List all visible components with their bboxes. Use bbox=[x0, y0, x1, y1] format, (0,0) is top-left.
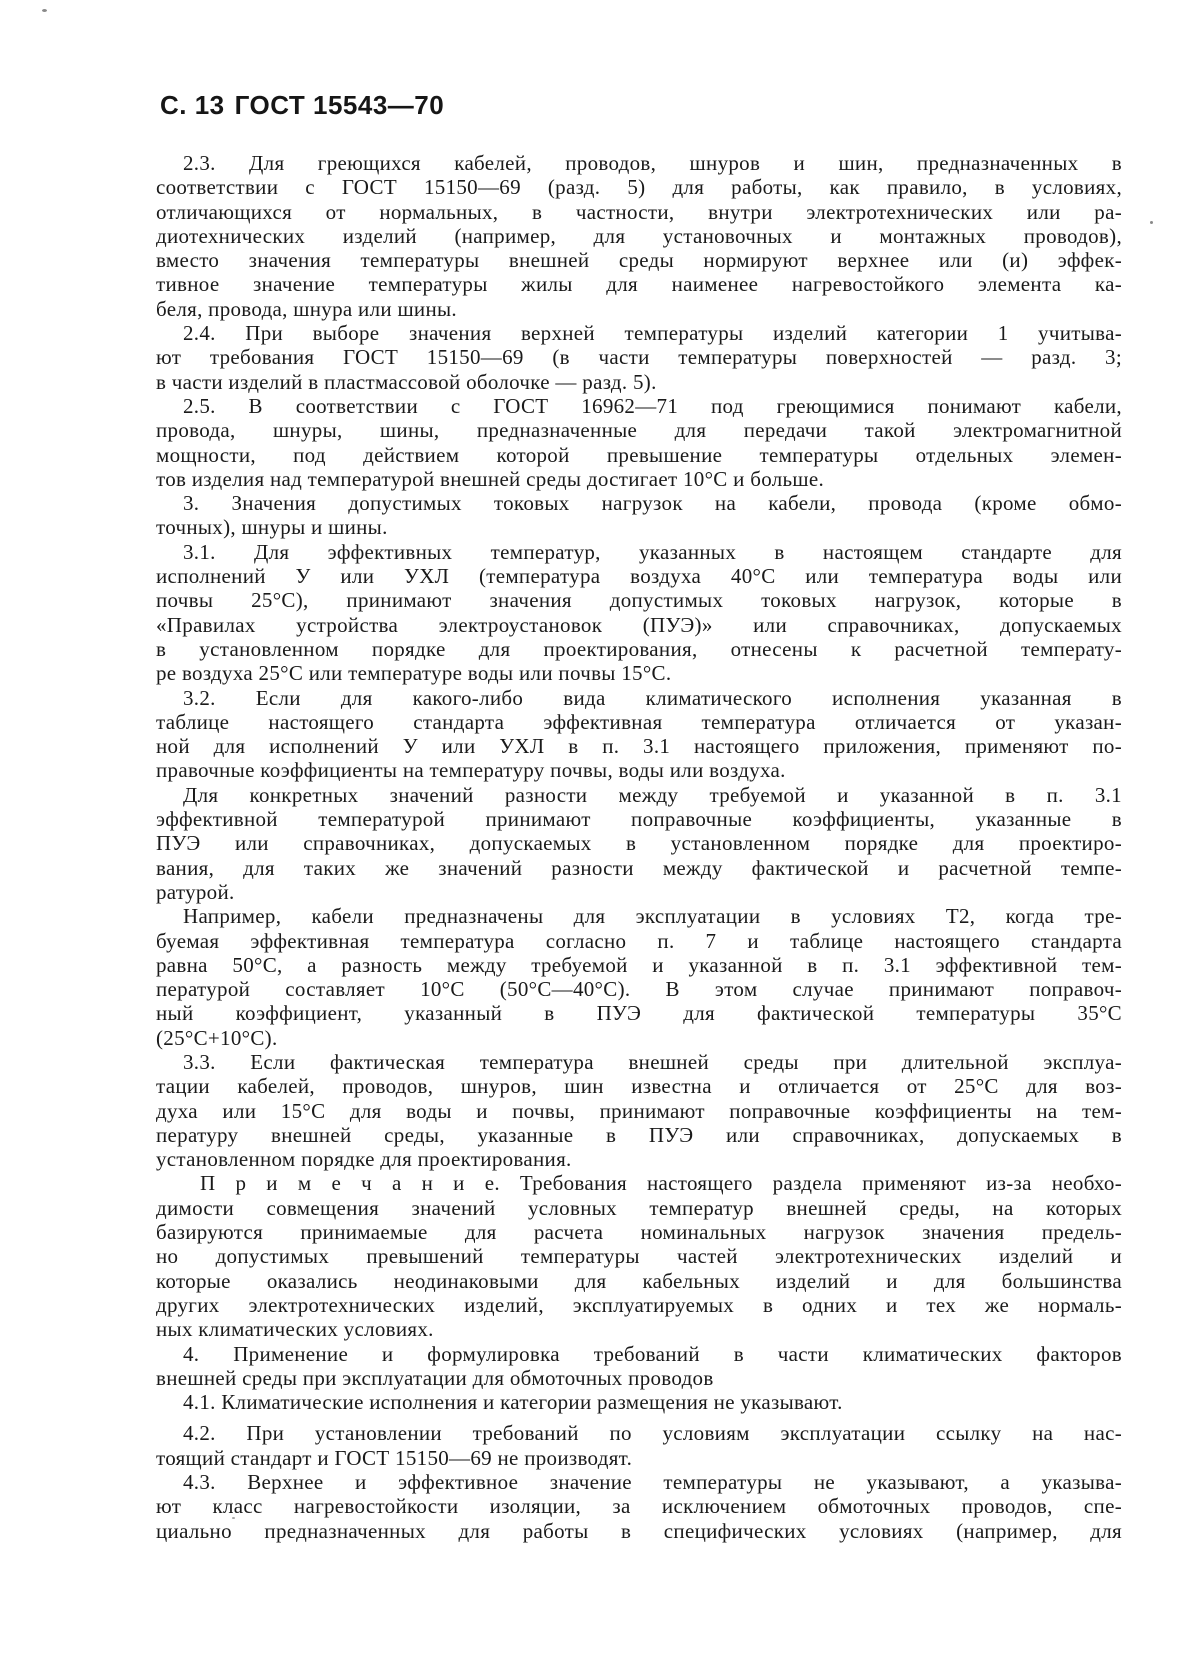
text-line: тоящий стандарт и ГОСТ 15150—69 не произ… bbox=[156, 1446, 1122, 1470]
text-line: других электротехнических изделий, экспл… bbox=[156, 1293, 1122, 1317]
text-line: ют класс нагревостойкости изоляции, за и… bbox=[156, 1494, 1122, 1518]
text-line: (25°С+10°С). bbox=[156, 1026, 1122, 1050]
text-line: 3.1. Для эффективных температур, указанн… bbox=[156, 540, 1122, 564]
scan-speck bbox=[42, 9, 47, 12]
paragraph-3-3: 3.3. Если фактическая температура внешне… bbox=[156, 1050, 1122, 1171]
text-line: духа или 15°С для воды и почвы, принимаю… bbox=[156, 1099, 1122, 1123]
text-line: Например, кабели предназначены для экспл… bbox=[156, 904, 1122, 928]
text-line: Для конкретных значений разности между т… bbox=[156, 783, 1122, 807]
text-line: 2.5. В соответствии с ГОСТ 16962—71 под … bbox=[156, 394, 1122, 418]
text-line: ре воздуха 25°С или температуре воды или… bbox=[156, 661, 1122, 685]
text-line: 4.1. Климатические исполнения и категори… bbox=[156, 1390, 1122, 1414]
text-line: эффективной температурой принимают попра… bbox=[156, 807, 1122, 831]
paragraph-4: 4. Применение и формулировка требований … bbox=[156, 1342, 1122, 1391]
paragraph-2-5: 2.5. В соответствии с ГОСТ 16962—71 под … bbox=[156, 394, 1122, 491]
text-line: 3.2. Если для какого-либо вида климатиче… bbox=[156, 686, 1122, 710]
text-line: пературой составляет 10°С (50°С—40°С). В… bbox=[156, 977, 1122, 1001]
text-line: соответствии с ГОСТ 15150—69 (разд. 5) д… bbox=[156, 175, 1122, 199]
text-line: тивное значение температуры жилы для наи… bbox=[156, 272, 1122, 296]
page-header: С. 13ГОСТ 15543—70 bbox=[160, 90, 444, 121]
text-line: ных климатических условиях. bbox=[156, 1317, 1122, 1341]
text-line: диотехнических изделий (например, для ус… bbox=[156, 224, 1122, 248]
text-line: базируются принимаемые для расчета номин… bbox=[156, 1220, 1122, 1244]
text-line: в установленном порядке для проектирован… bbox=[156, 637, 1122, 661]
text-line: «Правилах устройства электроустановок (П… bbox=[156, 613, 1122, 637]
text-line: ют требования ГОСТ 15150—69 (в части тем… bbox=[156, 345, 1122, 369]
text-line: 3. Значения допустимых токовых нагрузок … bbox=[156, 491, 1122, 515]
paragraph-2-4: 2.4. При выборе значения верхней темпера… bbox=[156, 321, 1122, 394]
text-line: в части изделий в пластмассовой оболочке… bbox=[156, 370, 1122, 394]
text-line: равна 50°С, а разность между требуемой и… bbox=[156, 953, 1122, 977]
text-line: 4.3. Верхнее и эффективное значение темп… bbox=[156, 1470, 1122, 1494]
paragraph-4-1: 4.1. Климатические исполнения и категори… bbox=[156, 1390, 1122, 1414]
text-line: 4.2. При установлении требований по усло… bbox=[156, 1421, 1122, 1445]
text-line: исполнений У или УХЛ (температура воздух… bbox=[156, 564, 1122, 588]
paragraph-note: П р и м е ч а н и е. Требования настояще… bbox=[156, 1171, 1122, 1341]
text-line: ратурой. bbox=[156, 880, 1122, 904]
paragraph-2-3: 2.3. Для греющихся кабелей, проводов, шн… bbox=[156, 151, 1122, 321]
text-line: внешней среды при эксплуатации для обмот… bbox=[156, 1366, 1122, 1390]
text-line: циально предназначенных для работы в спе… bbox=[156, 1519, 1122, 1543]
text-line: беля, провода, шнура или шины. bbox=[156, 297, 1122, 321]
text-line: установленном порядке для проектирования… bbox=[156, 1147, 1122, 1171]
text-line: почвы 25°С), принимают значения допустим… bbox=[156, 588, 1122, 612]
text-line: вместо значения температуры внешней сред… bbox=[156, 248, 1122, 272]
text-block: 2.3. Для греющихся кабелей, проводов, шн… bbox=[156, 151, 1122, 1543]
text-line: ный коэффициент, указанный в ПУЭ для фак… bbox=[156, 1001, 1122, 1025]
text-line: пературу внешней среды, указанные в ПУЭ … bbox=[156, 1123, 1122, 1147]
text-line: мощности, под действием которой превышен… bbox=[156, 443, 1122, 467]
text-line: 3.3. Если фактическая температура внешне… bbox=[156, 1050, 1122, 1074]
document-page: С. 13ГОСТ 15543—70 2.3. Для греющихся ка… bbox=[0, 0, 1187, 1679]
text-line: 2.4. При выборе значения верхней темпера… bbox=[156, 321, 1122, 345]
text-line: димости совмещения значений условных тем… bbox=[156, 1196, 1122, 1220]
scan-speck bbox=[232, 1517, 235, 1519]
scan-speck bbox=[1150, 221, 1153, 224]
text-line: точных), шнуры и шины. bbox=[156, 515, 1122, 539]
paragraph-3-1: 3.1. Для эффективных температур, указанн… bbox=[156, 540, 1122, 686]
text-line: правочные коэффициенты на температуру по… bbox=[156, 758, 1122, 782]
text-line: отличающихся от нормальных, в частности,… bbox=[156, 200, 1122, 224]
standard-number-label: ГОСТ 15543—70 bbox=[235, 90, 445, 120]
text-line: ПУЭ или справочниках, допускаемых в уста… bbox=[156, 831, 1122, 855]
paragraph-3: 3. Значения допустимых токовых нагрузок … bbox=[156, 491, 1122, 540]
text-line: которые оказались неодинаковыми для кабе… bbox=[156, 1269, 1122, 1293]
paragraph-4-3: 4.3. Верхнее и эффективное значение темп… bbox=[156, 1470, 1122, 1543]
text-line: тов изделия над температурой внешней сре… bbox=[156, 467, 1122, 491]
text-line: 2.3. Для греющихся кабелей, проводов, шн… bbox=[156, 151, 1122, 175]
text-line: провода, шнуры, шины, предназначенные дл… bbox=[156, 418, 1122, 442]
text-line: тации кабелей, проводов, шнуров, шин изв… bbox=[156, 1074, 1122, 1098]
text-line: но допустимых превышений температуры час… bbox=[156, 1244, 1122, 1268]
paragraph-3-2-para-2: Для конкретных значений разности между т… bbox=[156, 783, 1122, 904]
text-line: 4. Применение и формулировка требований … bbox=[156, 1342, 1122, 1366]
paragraph-4-2: 4.2. При установлении требований по усло… bbox=[156, 1421, 1122, 1470]
text-line: П р и м е ч а н и е. Требования настояще… bbox=[156, 1171, 1122, 1195]
paragraph-3-2-example: Например, кабели предназначены для экспл… bbox=[156, 904, 1122, 1050]
text-line: таблице настоящего стандарта эффективная… bbox=[156, 710, 1122, 734]
text-line: вания, для таких же значений разности ме… bbox=[156, 856, 1122, 880]
paragraph-3-2: 3.2. Если для какого-либо вида климатиче… bbox=[156, 686, 1122, 783]
text-line: ной для исполнений У или УХЛ в п. 3.1 на… bbox=[156, 734, 1122, 758]
page-number-label: С. 13 bbox=[160, 90, 225, 120]
text-line: буемая эффективная температура согласно … bbox=[156, 929, 1122, 953]
